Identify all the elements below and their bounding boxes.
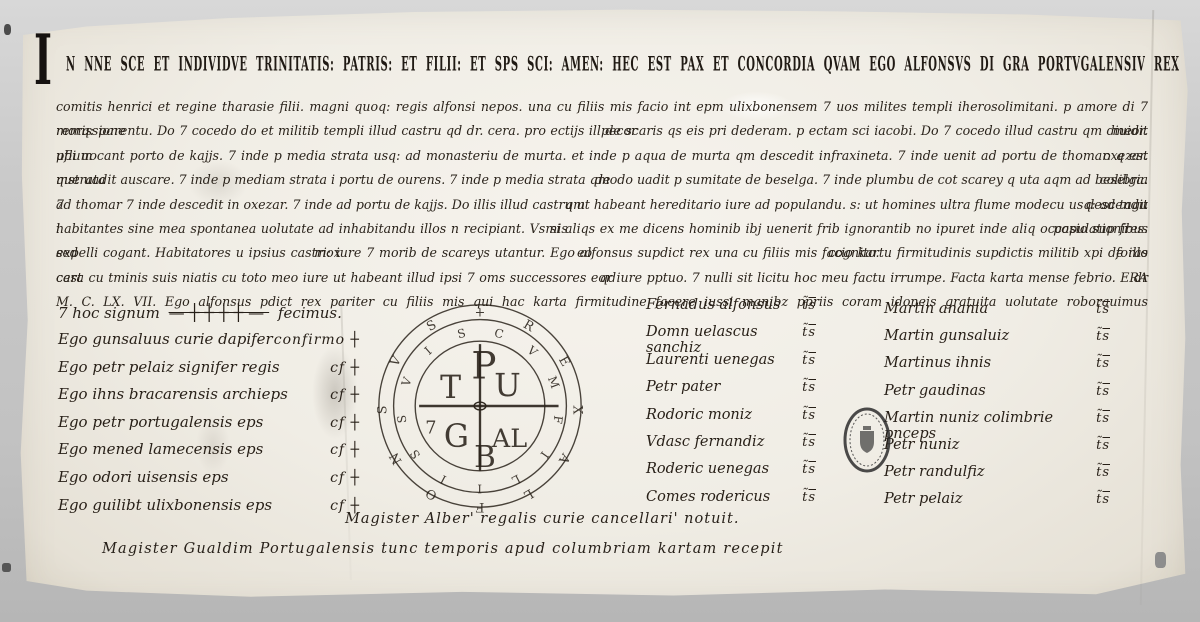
- edge-mark: [2, 563, 11, 572]
- testis-mark: t̃s: [802, 462, 816, 477]
- signatory-name: Ego petr portugalensis eps: [58, 413, 263, 431]
- rota-wheel: +REXALFONSVSCVMFILIISSVISPTUGALB7: [372, 297, 588, 515]
- witness-name: Martinus ihnis: [884, 355, 991, 371]
- rota-letter: M: [545, 374, 562, 390]
- rota-letter: P: [471, 344, 496, 388]
- testis-mark: t̃s: [1096, 465, 1110, 480]
- rota-letter: I: [537, 449, 551, 461]
- witness-row: Martin gunsaluiz t̃s: [884, 328, 1110, 355]
- confirmation-mark: cf ┼: [330, 442, 360, 458]
- right-witness-column: Martin anania t̃s Martin gunsaluiz t̃s M…: [884, 301, 1110, 519]
- rota-letter: V: [398, 375, 415, 389]
- signature-row: Ego ihns bracarensis archieps cf ┼: [58, 385, 360, 413]
- rota-letter: X: [569, 405, 584, 415]
- charter-body-line: expelli cogant. Habitatores u ipsius cas…: [56, 241, 1148, 265]
- testis-mark: t̃s: [802, 298, 816, 313]
- signatory-name: Ego odori uisensis eps: [58, 468, 229, 486]
- witness-name: Roderic uenegas: [646, 461, 769, 477]
- rota-letter: L: [509, 472, 523, 488]
- testis-mark: t̃s: [1096, 384, 1110, 399]
- rota-letter: S: [424, 317, 439, 334]
- signature-row: Ego gunsaluus curie dapifer confirmo ┼: [58, 330, 360, 358]
- rota-letter: I: [477, 482, 482, 496]
- rota-letter: C: [493, 326, 505, 342]
- charter-body-line: que uadit auscare. 7 inde p mediam strat…: [56, 168, 1148, 192]
- testis-mark: t̃s: [1096, 356, 1110, 371]
- witness-row: Petr gaudinas t̃s: [884, 383, 1110, 410]
- testis-mark: t̃s: [1096, 302, 1110, 317]
- witness-row: Martinus ihnis t̃s: [884, 355, 1110, 382]
- edge-mark: [4, 24, 11, 35]
- witness-name: Martin gunsaluiz: [884, 328, 1009, 344]
- manuscript-photo: I N NNE SCE ET INDIVIDVE TRINITATIS: PAT…: [0, 0, 1200, 622]
- testis-mark: t̃s: [1096, 329, 1110, 344]
- rota-letter: +: [475, 306, 486, 321]
- archive-stamp: [842, 406, 892, 474]
- scribe-line: Magister Gualdim Portugalensis tunc temp…: [102, 541, 784, 557]
- opening-initial: I: [34, 26, 52, 95]
- rota-letter: AL: [491, 424, 527, 454]
- witness-name: Fernadus alfonsus: [646, 297, 780, 313]
- charter-body-line: comitis henrici et regine tharasie filii…: [56, 95, 1148, 119]
- signature-row: Ego odori uisensis eps cf ┼: [58, 468, 360, 496]
- charter-body-line: habitantes sine mea spontanea uolutate a…: [56, 217, 1148, 241]
- rota-letter: U: [494, 368, 520, 404]
- rota-letter: O: [423, 485, 440, 503]
- rota-letter: R: [520, 317, 536, 335]
- confirmation-mark: cf ┼: [330, 360, 360, 376]
- stamp-shield-icon: [860, 431, 874, 453]
- confirmation-mark: cf ┼: [330, 387, 360, 403]
- charter-body-line: ubi uocant porto de kajjs. 7 inde p medi…: [56, 144, 1148, 168]
- witness-row: Petr randulfiz t̃s: [884, 464, 1110, 491]
- rota-letter: L: [521, 485, 536, 502]
- witness-row: Roderic uenegas t̃s: [646, 461, 816, 488]
- confirmation-mark: cf ┼: [330, 470, 360, 486]
- rota-letter: B: [474, 440, 496, 474]
- charter-body-line: ad thomar 7 inde descedit in oxezar. 7 i…: [56, 193, 1148, 217]
- rota-letter: F: [551, 415, 566, 425]
- witness-row: Fernadus alfonsus t̃s: [646, 297, 816, 324]
- testis-mark: t̃s: [802, 380, 816, 395]
- witness-name: Comes rodericus: [646, 489, 770, 505]
- rota-letter: S: [376, 406, 391, 415]
- testis-mark: t̃s: [802, 490, 816, 505]
- witness-row: Domn uelascus sanchiz t̃s: [646, 324, 816, 351]
- witness-name: Vdasc fernandiz: [646, 434, 764, 450]
- witness-name: Petr pater: [646, 379, 720, 395]
- witness-row: Petr pelaiz t̃s: [884, 491, 1110, 518]
- signum-prefix: 7 hoc signum: [58, 304, 160, 322]
- testis-mark: t̃s: [802, 435, 816, 450]
- witness-name: Petr gaudinas: [884, 383, 986, 399]
- signature-row: Ego mened lamecensis eps cf ┼: [58, 440, 360, 468]
- rota-letter: 7: [425, 418, 436, 438]
- signatory-name: Ego guilibt ulixbonensis eps: [58, 496, 272, 514]
- rota-letter: I: [422, 344, 435, 358]
- stamp-crown-icon: [863, 426, 871, 430]
- witness-row: Martin nuniz colimbrie pnceps t̃s: [884, 410, 1110, 437]
- witness-name: Martin anania: [884, 301, 988, 317]
- rota-letter: G: [444, 419, 469, 455]
- charter-body-line: cera cu tminis suis niatis cu toto meo i…: [56, 266, 1148, 290]
- royal-signum-line: 7 hoc signum —┼┼┼┼— fecimus.: [58, 303, 342, 322]
- signature-row: Ego petr portugalensis eps cf ┼: [58, 413, 360, 441]
- rota-letter: S: [394, 414, 409, 424]
- confirmation-mark: cf ┼: [330, 415, 360, 431]
- rota-letter: S: [407, 447, 423, 462]
- witness-name: Rodoric moniz: [646, 407, 752, 423]
- chancellor-line: Magister Alber' regalis curie cancellari…: [345, 511, 739, 527]
- rota-letter: V: [524, 343, 541, 360]
- signatory-name: Ego gunsaluus curie dapifer: [58, 330, 273, 348]
- witness-name: Petr nuniz: [884, 437, 959, 453]
- testis-mark: t̃s: [1096, 492, 1110, 507]
- witness-name: Petr randulfiz: [884, 464, 985, 480]
- signature-row: Ego petr pelaiz signifer regis cf ┼: [58, 358, 360, 386]
- charter-body: comitis henrici et regine tharasie filii…: [56, 95, 1148, 315]
- testis-mark: t̃s: [1096, 438, 1110, 453]
- witness-row: Petr pater t̃s: [646, 379, 816, 406]
- rota-letter: T: [440, 370, 461, 406]
- charter-body-line: morq: parentu. Do 7 cocedo do et militib…: [56, 119, 1148, 143]
- signatory-name: Ego ihns bracarensis archieps: [58, 385, 288, 403]
- signature-row: Ego guilibt ulixbonensis eps cf ┼: [58, 496, 360, 524]
- rota-letter: I: [438, 472, 449, 487]
- witness-row: Rodoric moniz t̃s: [646, 407, 816, 434]
- testis-mark: t̃s: [802, 325, 816, 340]
- signatory-name: Ego petr pelaiz signifer regis: [58, 358, 280, 376]
- invocation-line: N NNE SCE ET INDIVIDVE TRINITATIS: PATRI…: [66, 52, 1180, 75]
- confirmation-mark: confirmo ┼: [274, 332, 360, 348]
- witness-name: Petr pelaiz: [884, 491, 962, 507]
- testis-mark: t̃s: [802, 408, 816, 423]
- middle-witness-column: Fernadus alfonsus t̃s Domn uelascus sanc…: [646, 297, 816, 516]
- signum-suffix: fecimus.: [278, 304, 342, 322]
- witness-name: Laurenti uenegas: [646, 352, 775, 368]
- rota-letter: S: [456, 326, 467, 342]
- witness-row: Vdasc fernandiz t̃s: [646, 434, 816, 461]
- testis-mark: t̃s: [1096, 411, 1110, 426]
- signatory-name: Ego mened lamecensis eps: [58, 440, 263, 458]
- left-signature-column: Ego gunsaluus curie dapifer confirmo ┼ E…: [58, 330, 360, 523]
- signum-crosses: —┼┼┼┼—: [165, 303, 274, 322]
- testis-mark: t̃s: [802, 353, 816, 368]
- witness-row: Martin anania t̃s: [884, 301, 1110, 328]
